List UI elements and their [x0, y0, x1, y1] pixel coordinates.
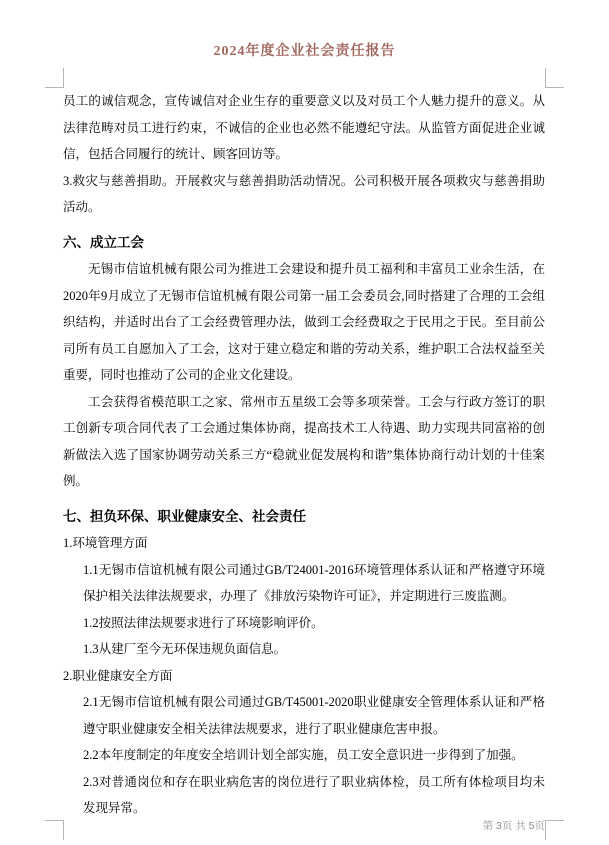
section-heading: 七、担负环保、职业健康安全、社会责任: [63, 504, 545, 531]
paragraph: 1.环境管理方面: [63, 530, 545, 557]
page-number-indicator: 第 3页 共 5页: [0, 818, 545, 833]
paragraph: 2.3对普通岗位和存在职业病危害的岗位进行了职业病体检，员工所有体检项目均未发现…: [63, 769, 545, 822]
section-heading: 六、成立工会: [63, 230, 545, 257]
paragraph: 无锡市信谊机械有限公司为推进工会建设和提升员工福利和丰富员工业余生活，在2020…: [63, 256, 545, 389]
document-page: 2024年度企业社会责任报告 员工的诚信观念，宣传诚信对企业生存的重要意义以及对…: [0, 0, 609, 845]
crop-mark-bottom-right-icon: [545, 820, 564, 840]
paragraph: 3.救灾与慈善捐助。开展救灾与慈善捐助活动情况。公司积极开展各项救灾与慈善捐助活…: [63, 168, 545, 221]
paragraph: 员工的诚信观念，宣传诚信对企业生存的重要意义以及对员工个人魅力提升的意义。从法律…: [63, 88, 545, 168]
paragraph: 2.职业健康安全方面: [63, 663, 545, 690]
paragraph: 1.3从建厂至今无环保违规负面信息。: [63, 636, 545, 663]
paragraph: 工会获得省模范职工之家、常州市五星级工会等多项荣誉。工会与行政方签订的职工创新专…: [63, 389, 545, 495]
document-title: 2024年度企业社会责任报告: [0, 40, 609, 60]
paragraph: 1.1无锡市信谊机械有限公司通过GB/T24001-2016环境管理体系认证和严…: [63, 557, 545, 610]
paragraph: 1.2按照法律法规要求进行了环境影响评价。: [63, 610, 545, 637]
paragraph: 2.1无锡市信谊机械有限公司通过GB/T45001-2020职业健康安全管理体系…: [63, 689, 545, 742]
paragraph: 2.2本年度制定的年度安全培训计划全部实施，员工安全意识进一步得到了加强。: [63, 742, 545, 769]
crop-mark-top-left-icon: [45, 68, 64, 88]
document-body: 员工的诚信观念，宣传诚信对企业生存的重要意义以及对员工个人魅力提升的意义。从法律…: [63, 88, 545, 822]
crop-mark-top-right-icon: [545, 68, 564, 88]
